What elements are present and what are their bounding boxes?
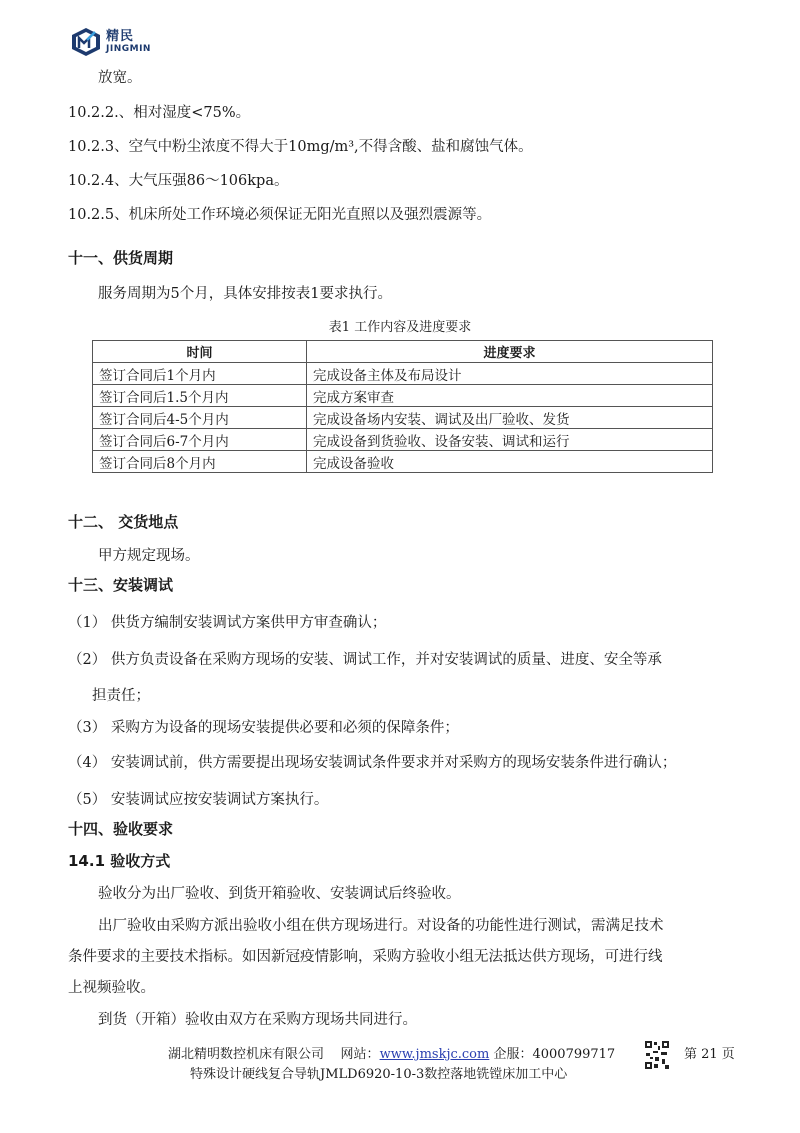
acceptance-paragraph: 出厂验收由采购方派出验收小组在供方现场进行。对设备的功能性进行测试，需满足技术: [98, 914, 664, 935]
table-row: 签订合同后1.5个月内 完成方案审查: [93, 385, 713, 407]
env-item: 10.2.4、大气压强86～106kpa。: [68, 169, 288, 190]
cell-time: 签订合同后4-5个月内: [93, 407, 307, 429]
schedule-table: 时间 进度要求 签订合同后1个月内 完成设备主体及布局设计 签订合同后1.5个月…: [92, 340, 713, 473]
section-14-heading: 十四、验收要求: [68, 818, 173, 839]
table-row: 签订合同后4-5个月内 完成设备场内安装、调试及出厂验收、发货: [93, 407, 713, 429]
cell-time: 签订合同后1个月内: [93, 363, 307, 385]
install-item: （2） 供方负责设备在采购方现场的安装、调试工作，并对安装调试的质量、进度、安全…: [68, 648, 662, 669]
section-11-text: 服务周期为5个月，具体安排按表1要求执行。: [98, 282, 392, 303]
section-12-heading: 十二、 交货地点: [68, 511, 178, 532]
acceptance-paragraph: 验收分为出厂验收、到货开箱验收、安装调试后终验收。: [98, 882, 461, 903]
footer-service-label: 企服：: [493, 1047, 532, 1062]
continued-text: 放宽。: [98, 66, 142, 87]
qr-code-icon: [644, 1040, 670, 1070]
table-header-time: 时间: [93, 341, 307, 363]
footer-website-label: 网站：: [341, 1047, 380, 1062]
cell-progress: 完成设备验收: [307, 451, 713, 473]
cell-progress: 完成方案审查: [307, 385, 713, 407]
jingmin-logo-icon: [70, 27, 102, 57]
install-item: （4） 安装调试前，供方需要提出现场安装调试条件要求并对采购方的现场安装条件进行…: [68, 751, 676, 772]
install-item: （5） 安装调试应按安装调试方案执行。: [68, 788, 328, 809]
install-item-cont: 担责任；: [92, 684, 150, 705]
table-caption: 表1 工作内容及进度要求: [0, 316, 800, 335]
table-row: 签订合同后8个月内 完成设备验收: [93, 451, 713, 473]
section-12-text: 甲方规定现场。: [98, 544, 200, 565]
acceptance-paragraph: 到货（开箱）验收由双方在采购方现场共同进行。: [98, 1008, 417, 1029]
table-row: 签订合同后6-7个月内 完成设备到货验收、设备安装、调试和运行: [93, 429, 713, 451]
env-item: 10.2.3、空气中粉尘浓度不得大于10mg/m³,不得含酸、盐和腐蚀气体。: [68, 135, 533, 156]
table-header-row: 时间 进度要求: [93, 341, 713, 363]
env-item: 10.2.5、机床所处工作环境必须保证无阳光直照以及强烈震源等。: [68, 203, 491, 224]
env-item: 10.2.2.、相对湿度<75%。: [68, 101, 250, 122]
page-number: 第 21 页: [684, 1043, 735, 1062]
section-13-heading: 十三、安装调试: [68, 574, 173, 595]
cell-time: 签订合同后8个月内: [93, 451, 307, 473]
logo-cn-text: 精民: [106, 30, 151, 43]
install-item: （1） 供货方编制安装调试方案供甲方审查确认；: [68, 611, 386, 632]
cell-time: 签订合同后1.5个月内: [93, 385, 307, 407]
footer-service-phone: 4000799717: [532, 1047, 615, 1062]
install-item: （3） 采购方为设备的现场安装提供必要和必须的保障条件；: [68, 716, 459, 737]
section-14-1-heading: 14.1 验收方式: [68, 850, 170, 871]
footer-website-link[interactable]: www.jmskjc.com: [380, 1047, 490, 1062]
section-11-heading: 十一、供货周期: [68, 247, 173, 268]
logo-en-text: JINGMIN: [106, 45, 151, 54]
cell-progress: 完成设备到货验收、设备安装、调试和运行: [307, 429, 713, 451]
acceptance-paragraph-cont: 上视频验收。: [68, 976, 155, 997]
cell-progress: 完成设备场内安装、调试及出厂验收、发货: [307, 407, 713, 429]
acceptance-paragraph-cont: 条件要求的主要技术指标。如因新冠疫情影响，采购方验收小组无法抵达供方现场，可进行…: [68, 945, 663, 966]
cell-progress: 完成设备主体及布局设计: [307, 363, 713, 385]
table-header-progress: 进度要求: [307, 341, 713, 363]
footer-company: 湖北精明数控机床有限公司: [168, 1047, 324, 1062]
company-logo: 精民 JINGMIN: [70, 26, 180, 58]
table-row: 签订合同后1个月内 完成设备主体及布局设计: [93, 363, 713, 385]
cell-time: 签订合同后6-7个月内: [93, 429, 307, 451]
footer-line-1: 湖北精明数控机床有限公司 网站：www.jmskjc.com 企服：400079…: [168, 1043, 615, 1062]
footer-product: 特殊设计硬线复合导轨JMLD6920-10-3数控落地铣镗床加工中心: [190, 1063, 567, 1082]
